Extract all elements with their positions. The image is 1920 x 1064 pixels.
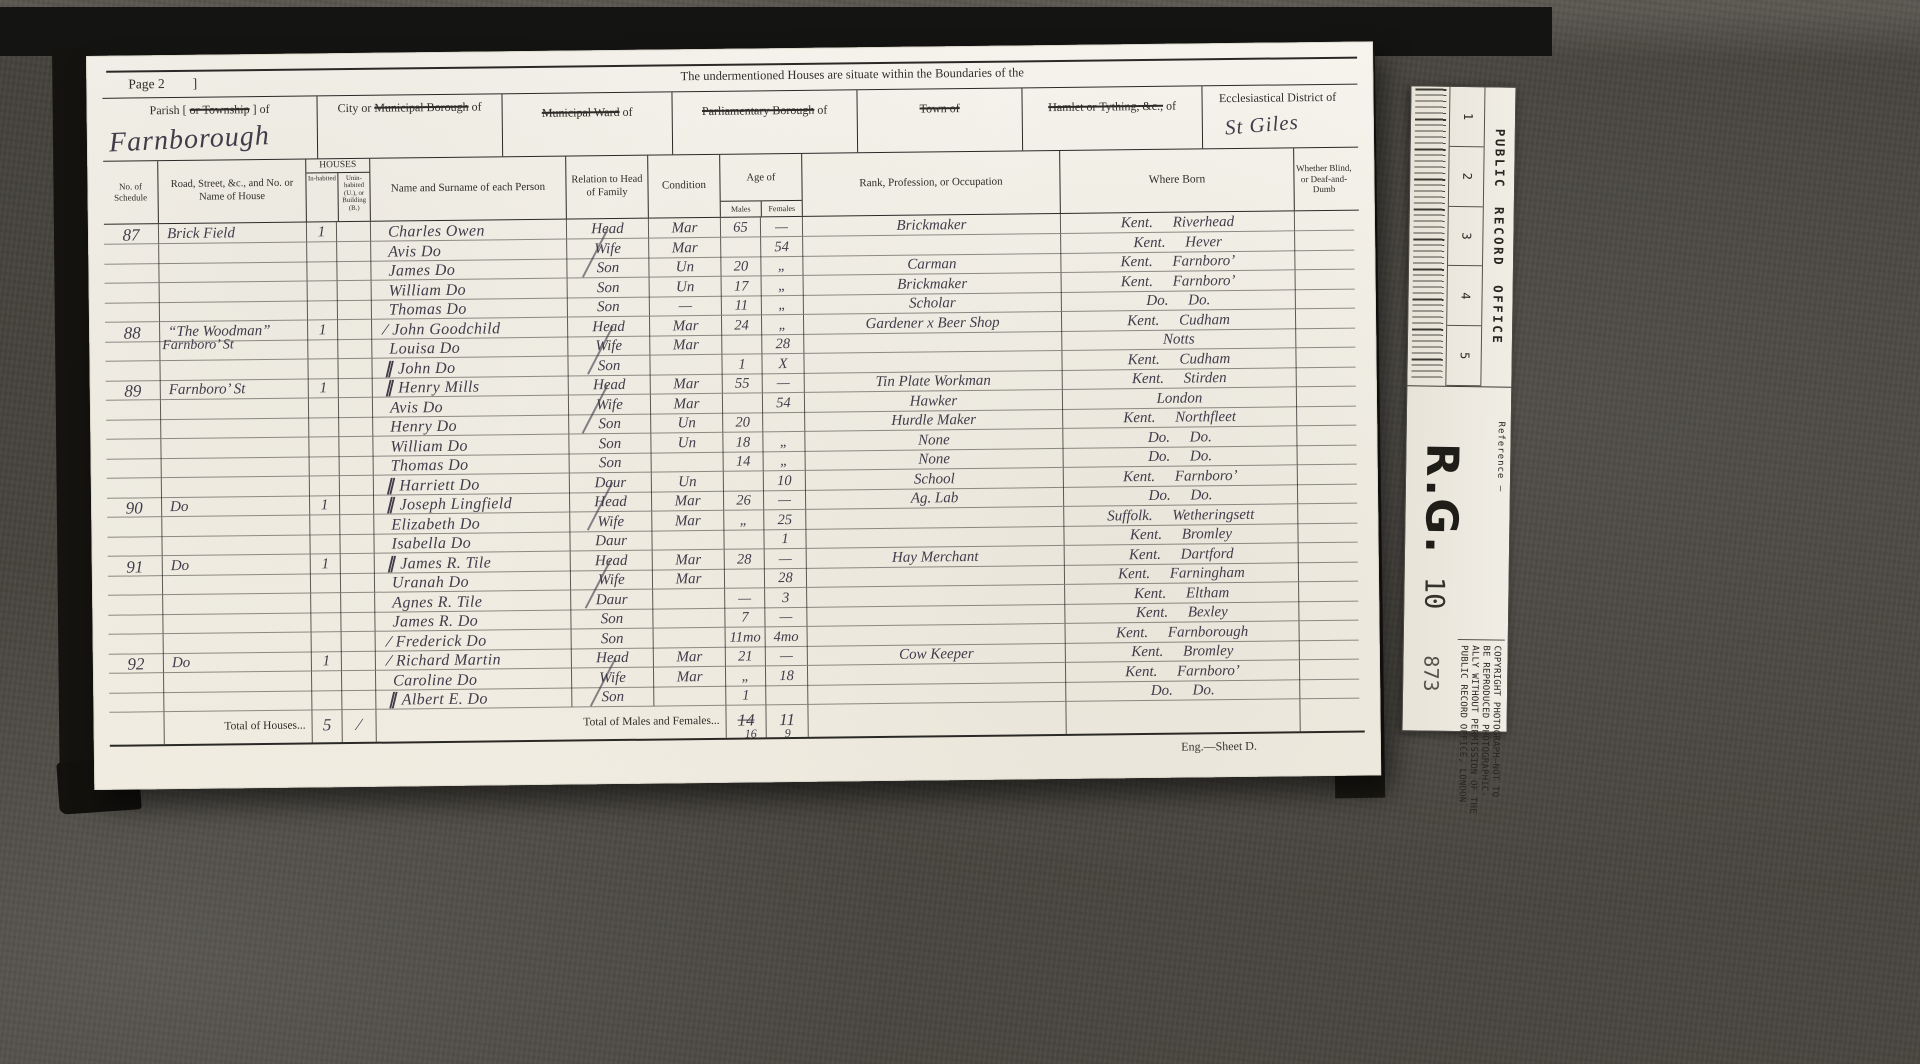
household-mark: ∕ [384,321,387,338]
col-header-inhabited: In-habited [306,173,339,221]
cell-disability [1298,484,1357,505]
cell-houses-uninhabited [341,553,375,573]
cell-road: Do [164,651,312,673]
cell-houses-uninhabited [337,222,371,242]
cell-condition: Mar [651,393,723,414]
cell-houses-inhabited [308,359,338,379]
cell-disability [1298,503,1357,524]
cell-relation: Wife [572,667,654,688]
cell-age-female: — [763,373,805,393]
cell-disability [1296,269,1355,290]
cell-schedule-no [109,634,164,655]
cell-relation: Wife [570,511,652,532]
cell-schedule-no [109,673,164,694]
cell-schedule-no: 92 [109,653,164,674]
cell-schedule-no: 91 [108,556,163,577]
cell-age-female: „ [764,451,806,471]
cell-schedule-no: 89 [106,380,161,401]
cell-schedule-no [104,244,159,265]
ruler-number: 4 [1447,266,1482,326]
boundary-pre: Ecclesiastical District of [1219,90,1336,105]
total-males-females-label: Total of Males and Females... [376,705,726,741]
col-header-occupation: Rank, Profession, or Occupation [802,151,1061,216]
boundary-pre: Parish [ [150,103,187,117]
cell-houses-inhabited [307,242,337,262]
cell-houses-uninhabited [339,436,373,456]
cell-schedule-no [109,692,164,713]
cell-schedule-no [105,302,160,323]
cell-disability [1296,289,1355,310]
cell-schedule-no [106,400,161,421]
household-mark: ∥ [388,692,397,709]
cell-disability [1297,445,1356,466]
cell-schedule-no [107,478,162,499]
cell-condition: Un [651,432,723,453]
cell-disability [1297,367,1356,388]
cell-houses-inhabited [309,437,339,457]
cell-age-male: 20 [723,412,763,432]
boundary-struck: Hamlet or Tything, &c., [1048,99,1163,114]
cell-age-male: 1 [726,685,766,705]
pro-ruler-section: PUBLIC RECORD OFFICE 12345 [1407,86,1515,387]
household-mark: ∕ [388,633,391,650]
boundary-post: of [622,105,632,119]
cell-condition: Mar [653,569,725,590]
cell-houses-inhabited: 1 [307,222,337,242]
ruler-numbers: 12345 [1445,87,1484,386]
cell-relation: Son [571,609,653,630]
cell-houses-uninhabited [338,280,372,300]
ruler-ticks [1411,88,1446,379]
cell-houses-inhabited [311,612,341,632]
boundary-cell: City or Municipal Borough of [317,94,503,158]
cell-age-female: — [765,607,807,627]
cell-road [162,456,310,478]
cell-houses-inhabited [310,515,340,535]
cell-condition: Mar [650,315,722,336]
total-houses-value: 5 [312,710,342,742]
household-mark: ∥ [387,555,396,572]
cell-houses-inhabited: 1 [312,651,342,671]
cell-age-female [763,412,805,432]
cell-houses-uninhabited [340,534,374,554]
cell-houses-inhabited [308,281,338,301]
cell-schedule-no [105,341,160,362]
situate-line: The undermentioned Houses are situate wi… [522,64,1182,86]
cell-relation: Head [570,492,652,513]
boundary-post: of [1166,99,1176,113]
cell-road [161,437,309,459]
cell-road [159,242,307,264]
cell-condition: Mar [649,218,721,239]
household-mark: ∕ [388,653,391,670]
col-header-name: Name and Surname of each Person [370,157,567,221]
cell-age-male: 21 [726,646,766,666]
col-header-schedule: No. of Schedule [103,161,159,224]
cell-age-female: — [766,646,808,666]
cell-relation: Head [569,375,651,396]
cell-age-female: 18 [766,665,808,685]
cell-disability [1297,386,1356,407]
cell-disability [1299,581,1358,602]
cell-age-female [766,685,808,705]
cell-disability [1300,679,1359,700]
boundary-cell: Parish [ or Township ] of Farnborough [102,96,318,160]
boundary-struck: Municipal Ward [542,105,620,120]
boundary-cell: Parliamentary Borough of [672,90,858,154]
cell-age-male: 28 [725,549,765,569]
col-header-road: Road, Street, &c., and No. or Name of Ho… [158,160,307,224]
cell-age-female: „ [762,295,804,315]
cell-age-female: 54 [763,392,805,412]
boundary-pre: City or [338,101,372,115]
cell-disability [1295,230,1354,251]
cell-disability [1297,425,1356,446]
cell-road: Do [162,495,310,517]
cell-age-male: 11mo [726,627,766,647]
cell-disability [1298,523,1357,544]
cell-schedule-no [108,575,163,596]
cell-age-male: 20 [721,256,761,276]
cell-age-female: 28 [765,568,807,588]
cell-houses-uninhabited [342,670,376,690]
cell-condition: Un [649,257,721,278]
cell-houses-inhabited [308,339,338,359]
cell-age-male [723,393,763,413]
cell-age-female: — [765,548,807,568]
cell-houses-uninhabited [339,417,373,437]
cell-age-male: 65 [721,217,761,237]
public-record-office-strip: PUBLIC RECORD OFFICE 12345 Reference — R… [1401,85,1516,732]
cell-age-male: 18 [723,432,763,452]
record-item: 873 [1419,655,1444,691]
cell-condition: Un [651,413,723,434]
cell-age-female: „ [762,314,804,334]
cell-road: Farnboro’ St [161,378,309,400]
cell-disability [1300,659,1359,680]
cell-schedule-no: 90 [107,497,162,518]
boundary-post: of [472,100,482,114]
boundary-cell: Municipal Ward of [502,92,673,156]
cell-relation: Son [569,433,651,454]
cell-road [164,690,312,712]
cell-relation: Son [572,687,654,708]
cell-age-female: 4mo [766,626,808,646]
cell-houses-inhabited [310,456,340,476]
cell-disability [1299,542,1358,563]
cell-road [162,534,310,556]
cell-road [162,476,310,498]
cell-relation: Son [572,628,654,649]
cell-condition [652,530,724,551]
col-header-condition: Condition [648,155,721,218]
cell-houses-uninhabited [338,319,372,339]
ruler-number: 2 [1449,147,1484,207]
cell-condition: Mar [654,647,726,668]
cell-disability [1296,328,1355,349]
cell-houses-uninhabited [340,514,374,534]
cell-condition: Mar [650,335,722,356]
boundary-cell: Town of [857,88,1023,152]
cell-schedule-no [108,595,163,616]
cell-houses-uninhabited [337,241,371,261]
cell-road [160,359,308,381]
cell-relation: Wife [568,336,650,357]
total-houses-label: Total of Houses... [164,710,312,744]
cell-condition: Mar [654,666,726,687]
household-mark: ∥ [386,497,395,514]
cell-disability [1297,406,1356,427]
cell-schedule-no [106,419,161,440]
ruler-number: 1 [1450,87,1485,147]
record-piece: 10 [1418,577,1449,610]
page-bracket: ] [193,76,198,91]
cell-relation: Head [571,550,653,571]
cell-houses-uninhabited [337,261,371,281]
cell-disability [1295,211,1354,232]
boundary-struck: Municipal Borough [374,100,468,115]
cell-condition: Mar [652,491,724,512]
household-mark: ∥ [384,360,393,377]
cell-condition [653,588,725,609]
total-females-value: 11 9 [766,704,808,736]
cell-houses-inhabited [311,593,341,613]
cell-condition: Un [650,276,722,297]
boundary-handwritten-value: Farnborough [108,118,270,160]
cell-houses-uninhabited [339,397,373,417]
col-header-houses: HOUSES In-habited Unin-habited (U.), or … [306,159,371,222]
col-header-disability: Whether Blind, or Deaf-and-Dumb [1294,148,1354,211]
cell-road [164,671,312,693]
cell-age-female: 25 [764,509,806,529]
cell-houses-uninhabited [341,573,375,593]
cell-houses-uninhabited [338,300,372,320]
boundary-cell: Ecclesiastical District of St Giles [1202,85,1353,149]
cell-schedule-no [106,439,161,460]
cell-condition: Mar [649,237,721,258]
reference-label: Reference — [1495,422,1506,493]
census-rows: 87 Brick Field 1 Charles Owen Head Mar 6… [104,211,1364,713]
boundary-post: ] of [253,102,270,116]
cell-age-female: — [761,217,803,237]
cell-disability [1295,250,1354,271]
total-males-value: 14 16 [726,705,766,737]
cell-schedule-no [108,614,163,635]
cell-road [159,262,307,284]
cell-age-male: 24 [722,315,762,335]
household-mark: ∥ [386,477,395,494]
cell-relation: Son [568,297,650,318]
cell-relation: Son [568,277,650,298]
cell-houses-inhabited: 1 [311,554,341,574]
cell-houses-uninhabited [342,690,376,710]
cell-age-male: „ [726,666,766,686]
cell-age-female: 1 [764,529,806,549]
ruler-number: 3 [1448,206,1483,266]
cell-condition [653,608,725,629]
cell-condition: Mar [651,374,723,395]
cell-houses-inhabited [310,534,340,554]
cell-road [163,612,311,634]
cell-age-female: „ [761,256,803,276]
boundary-handwritten-value: St Giles [1224,109,1300,141]
cell-houses-uninhabited [340,456,374,476]
cell-houses-inhabited [309,398,339,418]
cell-houses-uninhabited [341,592,375,612]
cell-road [160,300,308,322]
boundary-struck: Town of [919,101,959,115]
cell-houses-uninhabited [338,339,372,359]
cell-schedule-no [104,263,159,284]
cell-age-male: 55 [723,373,763,393]
record-series: R.G. [1415,442,1468,555]
total-houses-tally: ∕ [342,709,376,741]
cell-age-female: 54 [761,236,803,256]
cell-schedule-no: 87 [104,224,159,245]
page-number-label: Page 2 [128,76,165,91]
cell-age-male: „ [724,510,764,530]
boundary-struck: or Township [190,102,250,117]
copyright-notice: COPYRIGHT PHOTOGRAPH—NOT TOBE REPRODUCED… [1455,639,1504,818]
cell-road [160,281,308,303]
cell-houses-inhabited: 1 [310,495,340,515]
cell-houses-uninhabited [339,378,373,398]
cell-age-female: 10 [764,470,806,490]
cell-age-male [724,471,764,491]
cell-houses-uninhabited [340,495,374,515]
pro-reference-section: Reference — R.G. 10 873 COPYRIGHT PHOTOG… [1403,386,1512,731]
cell-road: “The Woodman” Farnboro’ St [160,320,308,342]
cell-schedule-no [107,536,162,557]
col-header-relation: Relation to Head of Family [566,156,649,219]
cell-condition: Mar [653,549,725,570]
cell-relation: Son [568,355,650,376]
cell-road [162,515,310,537]
cell-houses-uninhabited [342,651,376,671]
census-page: Page 2] The undermentioned Houses are si… [86,41,1381,790]
ruler-number: 5 [1446,326,1481,386]
cell-road: Brick Field [159,223,307,245]
cell-road: Do [163,554,311,576]
col-header-males: Males [721,201,762,216]
cell-houses-inhabited [311,573,341,593]
household-mark: ∥ [385,380,394,397]
cell-schedule-no [107,458,162,479]
boundary-post: of [817,103,827,117]
cell-relation: Wife [567,238,649,259]
cell-disability [1296,347,1355,368]
cell-age-female: 3 [765,587,807,607]
cell-relation: Wife [571,570,653,591]
col-header-age: Age of Males Females [720,154,803,217]
cell-road [161,417,309,439]
page-number: Page 2] [128,76,197,93]
col-header-born: Where Born [1060,148,1295,213]
cell-houses-inhabited [312,690,342,710]
cell-age-male: 1 [722,354,762,374]
cell-condition [650,354,722,375]
cell-age-female: „ [762,275,804,295]
cell-age-male [725,568,765,588]
cell-schedule-no [105,361,160,382]
cell-houses-inhabited: 1 [309,378,339,398]
cell-age-female: — [764,490,806,510]
cell-houses-uninhabited [342,631,376,651]
cell-age-male: 7 [725,607,765,627]
cell-schedule-no [105,283,160,304]
cell-disability [1299,601,1358,622]
cell-houses-inhabited: 1 [308,320,338,340]
cell-age-male: 11 [722,295,762,315]
boundary-cell: Hamlet or Tything, &c., of [1022,86,1203,150]
cell-disability [1300,640,1359,661]
cell-age-male [724,529,764,549]
cell-age-male [722,334,762,354]
cell-schedule-no: 88 [105,322,160,343]
cell-relation: Son [570,453,652,474]
cell-road [163,573,311,595]
col-header-females: Females [762,201,802,216]
cell-houses-inhabited [309,417,339,437]
cell-relation: Son [567,258,649,279]
cell-condition: Mar [652,510,724,531]
cell-houses-inhabited [312,632,342,652]
cell-age-male: 26 [724,490,764,510]
pro-office-label: PUBLIC RECORD OFFICE [1480,87,1515,386]
cell-road [161,398,309,420]
cell-age-female: „ [763,431,805,451]
cell-relation: Wife [569,394,651,415]
cell-condition [654,686,726,707]
cell-disability [1298,464,1357,485]
cell-age-female: 28 [762,334,804,354]
cell-age-male: 17 [722,276,762,296]
cell-schedule-no [107,517,162,538]
cell-age-male: 14 [724,451,764,471]
cell-road [163,593,311,615]
cell-condition: — [650,296,722,317]
cell-age-female: X [762,353,804,373]
cell-relation: Daur [571,589,653,610]
cell-condition: Un [652,471,724,492]
boundary-struck: Parliamentary Borough [702,103,814,118]
cell-road [164,632,312,654]
cell-road [160,339,308,361]
cell-condition [652,452,724,473]
cell-disability [1299,620,1358,641]
cell-houses-uninhabited [338,358,372,378]
cell-houses-inhabited [307,261,337,281]
col-header-uninhabited: Unin-habited (U.), or Building (B.) [338,173,370,221]
cell-houses-inhabited [310,476,340,496]
cell-disability [1296,308,1355,329]
cell-houses-inhabited [312,671,342,691]
cell-houses-uninhabited [340,475,374,495]
cell-relation: Daur [570,531,652,552]
cell-houses-uninhabited [341,612,375,632]
cell-disability [1299,562,1358,583]
cell-houses-inhabited [308,300,338,320]
cell-age-male: — [725,588,765,608]
cell-age-male [721,237,761,257]
cell-condition [654,627,726,648]
